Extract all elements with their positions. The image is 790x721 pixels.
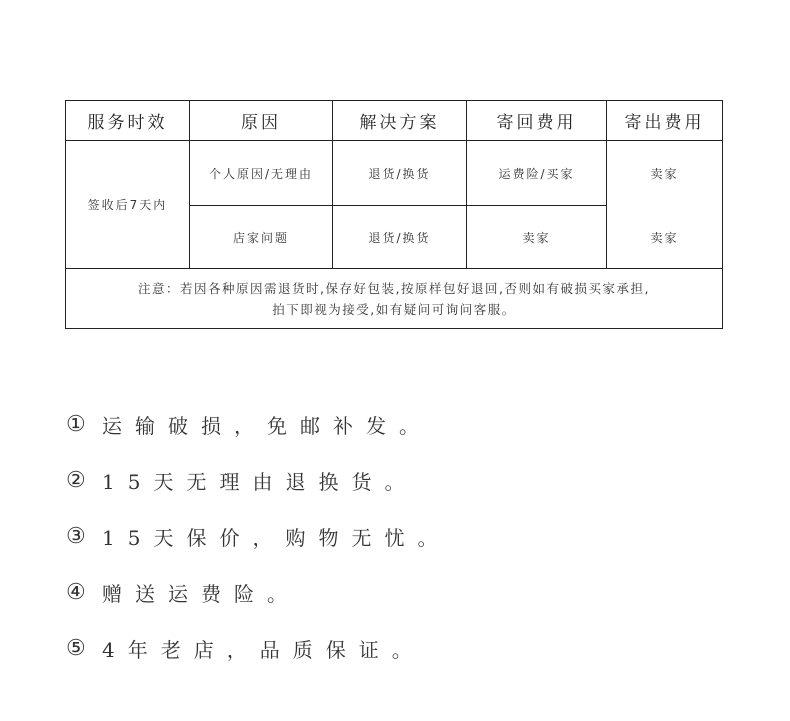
promise-item: ③ 15天保价，购物无忧。	[66, 508, 450, 564]
row1-reason: 个人原因/无理由	[190, 141, 332, 205]
promise-text: 15天无理由退换货。	[102, 466, 417, 495]
service-promises-list: ① 运输破损，免邮补发。 ② 15天无理由退换货。 ③ 15天保价，购物无忧。 …	[66, 396, 450, 676]
circled-number: ③	[66, 524, 102, 549]
row1-send-fee: 卖家	[607, 141, 722, 205]
time-limit-cell: 签收后7天内	[66, 141, 189, 268]
promise-text: 赠送运费险。	[102, 578, 300, 607]
circled-number: ②	[66, 468, 102, 493]
row1-return-fee: 运费险/买家	[467, 141, 606, 205]
row2-solution: 退货/换货	[333, 206, 466, 268]
promise-item: ① 运输破损，免邮补发。	[66, 396, 450, 452]
return-policy-table: 服务时效 原因 解决方案 寄回费用 寄出费用 签收后7天内 个人原因/无理由 退…	[65, 100, 723, 329]
circled-number: ⑤	[66, 636, 102, 661]
header-reason: 原因	[190, 101, 332, 140]
promise-item: ④ 赠送运费险。	[66, 564, 450, 620]
note-line-1: 注意：若因各种原因需退货时,保存好包装,按原样包好退回,否则如有破损买家承担,	[138, 278, 650, 299]
circled-number: ①	[66, 412, 102, 437]
header-service-time: 服务时效	[66, 101, 189, 140]
promise-text: 运输破损，免邮补发。	[102, 410, 432, 439]
row2-return-fee: 卖家	[467, 206, 606, 268]
promise-item: ② 15天无理由退换货。	[66, 452, 450, 508]
promise-item: ⑤ 4年老店，品质保证。	[66, 620, 450, 676]
promise-text: 4年老店，品质保证。	[102, 634, 425, 663]
header-return-fee: 寄回费用	[467, 101, 606, 140]
note-cell: 注意：若因各种原因需退货时,保存好包装,按原样包好退回,否则如有破损买家承担, …	[66, 269, 722, 328]
row2-reason: 店家问题	[190, 206, 332, 268]
row2-send-fee: 卖家	[607, 206, 722, 268]
row1-solution: 退货/换货	[333, 141, 466, 205]
header-send-fee: 寄出费用	[607, 101, 722, 140]
promise-text: 15天保价，购物无忧。	[102, 522, 450, 551]
circled-number: ④	[66, 580, 102, 605]
header-solution: 解决方案	[333, 101, 466, 140]
note-line-2: 拍下即视为接受,如有疑问可询问客服。	[272, 299, 515, 320]
